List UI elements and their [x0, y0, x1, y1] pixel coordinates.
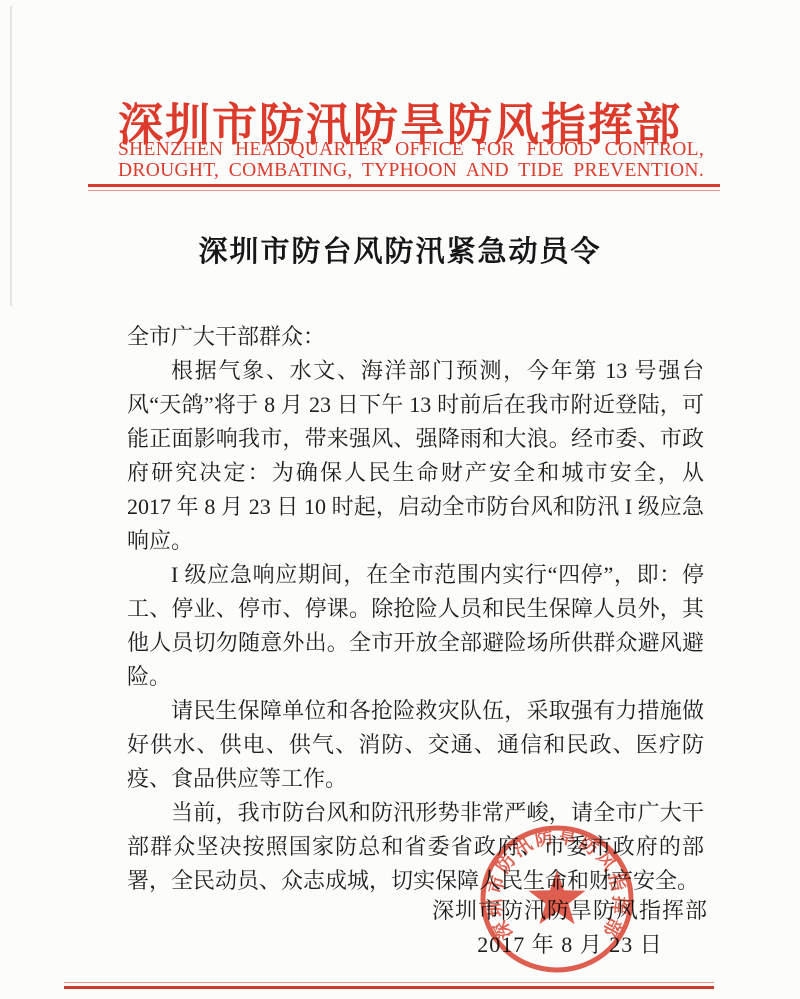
paragraph-2: I 级应急响应期间，在全市范围内实行“四停”，即：停工、停业、停市、停课。除抢险…	[127, 558, 704, 694]
document-title: 深圳市防台风防汛紧急动员令	[0, 229, 800, 270]
signature-date: 2017 年 8 月 23 日	[430, 928, 710, 962]
salutation: 全市广大干部群众：	[127, 320, 704, 354]
paragraph-3: 请民生保障单位和各抢险救灾队伍，采取强有力措施做好供水、供电、供气、消防、交通、…	[127, 694, 704, 796]
letterhead-org-name-en-line1: SHENZHEN HEADQUARTER OFFICE FOR FLOOD CO…	[118, 139, 704, 160]
footer-rule-thin	[64, 982, 714, 983]
letterhead-org-name-en-line2: DROUGHT, COMBATING, TYPHOON AND TIDE PRE…	[118, 160, 704, 181]
paragraph-4: 当前，我市防台风和防汛形势非常严峻，请全市广大干部群众坚决按照国家防总和省委省政…	[127, 796, 704, 898]
letterhead-org-name-en: SHENZHEN HEADQUARTER OFFICE FOR FLOOD CO…	[118, 139, 704, 181]
footer-rule-thick	[64, 986, 714, 989]
scanned-document-page: 深圳市防汛防旱防风指挥部 SHENZHEN HEADQUARTER OFFICE…	[0, 0, 800, 999]
letterhead-rule-thick	[88, 184, 720, 187]
signature-block: 深圳市防汛防旱防风指挥部 2017 年 8 月 23 日	[430, 894, 710, 962]
document-body: 全市广大干部群众： 根据气象、水文、海洋部门预测，今年第 13 号强台风“天鸽”…	[127, 320, 704, 898]
letterhead-rule-thin	[88, 190, 720, 191]
paragraph-1: 根据气象、水文、海洋部门预测，今年第 13 号强台风“天鸽”将于 8 月 23 …	[127, 354, 704, 558]
signature-org-name: 深圳市防汛防旱防风指挥部	[430, 894, 710, 928]
